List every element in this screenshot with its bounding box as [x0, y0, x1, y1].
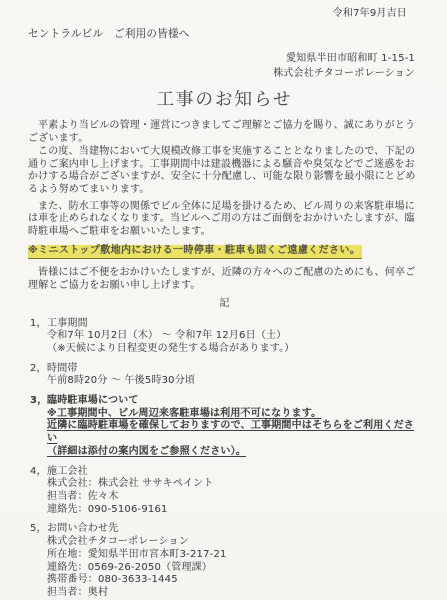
item-number: 4，: [30, 466, 47, 479]
notice-item-hours: 2， 時間帯 午前8時20分 ～ 午後5時30分頃: [28, 363, 421, 388]
item-line: 令和7年 10月2日（木） ～ 令和7年 12月6日（土）: [47, 330, 421, 343]
paragraph-parking: また、防水工事等の関係でビル全体に足場を掛けるため、ビル周りの来客駐車場には車を…: [28, 201, 421, 239]
item-number: 5，: [30, 523, 47, 536]
item-line: 株式会社：株式会社 ササキペイント: [47, 478, 421, 491]
item-lines: ※工事期間中、ビル周辺来客駐車場は利用不可になります。 近隣に臨時駐車場を確保し…: [47, 408, 421, 459]
item-line: 携帯番号：080-3633-1445: [47, 574, 421, 587]
item-line: （詳細は添付の案内図をご参照ください）。: [47, 446, 421, 459]
item-line: （※天候により日程変更の発生する場合があります。）: [47, 343, 421, 356]
item-line: 連絡先：0569-26-2050（管理課）: [47, 562, 421, 575]
record-marker: 記: [28, 298, 421, 311]
paragraph-greeting: 平素より当ビルの管理・運営につきましてご理解とご協力を賜り、誠にありがとうござい…: [28, 120, 421, 145]
notice-item-temporary-parking: 3， 臨時駐車場について ※工事期間中、ビル周辺来客駐車場は利用不可になります。…: [28, 395, 421, 459]
item-line: 近隣に臨時駐車場を確保しておりますので、工事期間中はそちらをご利用ください: [47, 420, 421, 445]
item-line: 午前8時20分 ～ 午後5時30分頃: [47, 375, 421, 388]
item-lines: 株式会社チタコーポレーション 所在地：愛知県半田市宮本町3-217-21 連絡先…: [47, 536, 421, 600]
doc-title: 工事のお知らせ: [28, 89, 421, 112]
item-heading: 施工会社: [47, 466, 88, 479]
paragraph-construction-notice: この度、当建物において大規模改修工事を実施することとなりましたので、下記の通りご…: [28, 146, 421, 197]
paragraph-closing: 皆様にはご不便をおかけいたしますが、近隣の方々へのご配慮のためにも、何卒ご理解と…: [28, 267, 421, 292]
item-heading-row: 4， 施工会社: [30, 466, 421, 479]
item-heading-row: 1， 工事期間: [30, 318, 421, 331]
item-line: 連絡先：090-5106-9161: [47, 504, 421, 517]
notice-item-contact: 5， お問い合わせ先 株式会社チタコーポレーション 所在地：愛知県半田市宮本町3…: [28, 523, 421, 599]
doc-date: 令和7年9月吉日: [28, 8, 421, 21]
highlight-note: ※ミニストップ敷地内における一時停車・駐車も固くご遠慮ください。: [28, 245, 362, 260]
item-line: 株式会社チタコーポレーション: [47, 536, 421, 549]
sender-company: 株式会社チタコーポレーション: [28, 67, 415, 82]
item-number: 3，: [30, 395, 47, 408]
item-line: 担当者：奥村: [47, 587, 421, 600]
item-heading: 時間帯: [47, 363, 78, 376]
item-lines: 午前8時20分 ～ 午後5時30分頃: [47, 375, 421, 388]
item-line: 所在地：愛知県半田市宮本町3-217-21: [47, 549, 421, 562]
item-heading: 工事期間: [47, 318, 88, 331]
item-heading-row: 5， お問い合わせ先: [30, 523, 421, 536]
item-heading-row: 2， 時間帯: [30, 363, 421, 376]
notice-item-construction-period: 1， 工事期間 令和7年 10月2日（木） ～ 令和7年 12月6日（土） （※…: [28, 318, 421, 356]
highlight-row: ※ミニストップ敷地内における一時停車・駐車も固くご遠慮ください。: [28, 245, 421, 260]
item-number: 2，: [30, 363, 47, 376]
sender-block: 愛知県半田市昭和町 1-15-1 株式会社チタコーポレーション: [28, 52, 421, 81]
item-line: ※工事期間中、ビル周辺来客駐車場は利用不可になります。: [47, 408, 421, 421]
item-heading: お問い合わせ先: [47, 523, 118, 536]
item-heading: 臨時駐車場について: [47, 395, 139, 408]
item-line: 担当者：佐々木: [47, 491, 421, 504]
item-number: 1，: [30, 318, 47, 331]
item-lines: 令和7年 10月2日（木） ～ 令和7年 12月6日（土） （※天候により日程変…: [47, 330, 421, 355]
item-heading-row: 3， 臨時駐車場について: [30, 395, 421, 408]
item-lines: 株式会社：株式会社 ササキペイント 担当者：佐々木 連絡先：090-5106-9…: [47, 478, 421, 516]
sender-address: 愛知県半田市昭和町 1-15-1: [28, 52, 415, 67]
recipient-line: セントラルビル ご利用の皆様へ: [28, 28, 421, 41]
scanned-notice-page: 令和7年9月吉日 セントラルビル ご利用の皆様へ 愛知県半田市昭和町 1-15-…: [0, 0, 447, 600]
notice-item-contractor: 4， 施工会社 株式会社：株式会社 ササキペイント 担当者：佐々木 連絡先：09…: [28, 466, 421, 517]
